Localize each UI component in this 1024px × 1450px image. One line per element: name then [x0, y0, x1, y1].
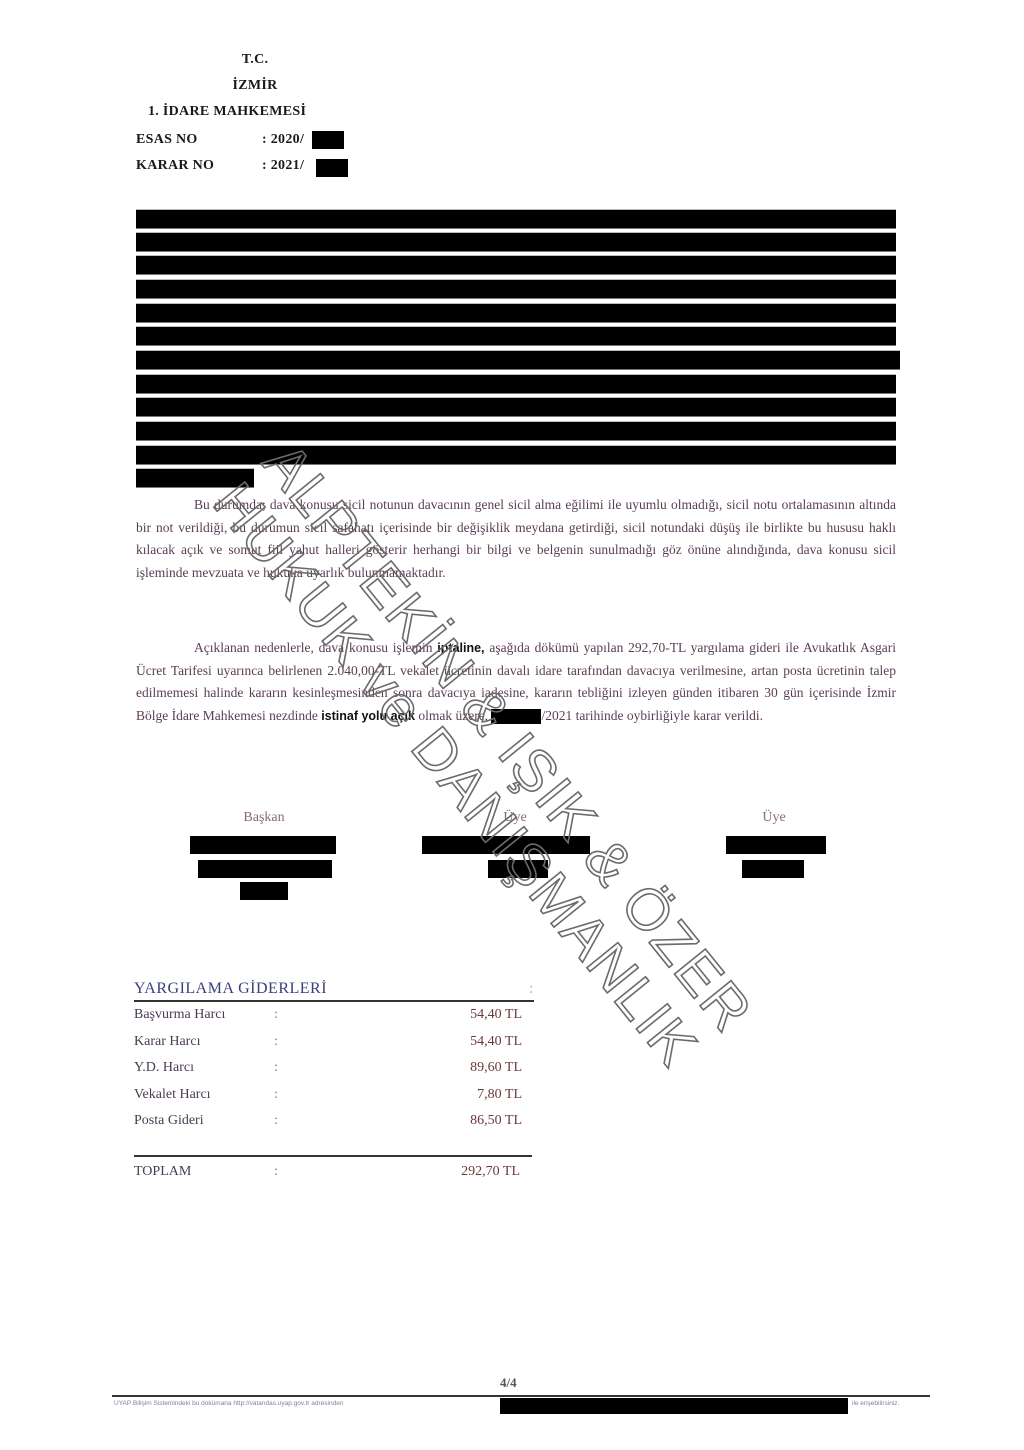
footer-divider	[112, 1395, 930, 1397]
redaction-bar-short	[136, 469, 254, 487]
cost-row: Başvurma Harcı:54,40 TL	[134, 1002, 534, 1029]
costs-title-text: YARGILAMA GİDERLERİ	[134, 980, 327, 998]
signature-redaction	[726, 836, 826, 854]
page-number: 4/4	[500, 1375, 517, 1391]
cost-colon: :	[274, 1007, 334, 1023]
footer-redaction	[500, 1398, 848, 1414]
signature-redaction	[742, 860, 804, 878]
header-country: T.C.	[190, 52, 320, 68]
total-label: TOPLAM	[134, 1164, 274, 1180]
redaction-bar	[136, 398, 896, 416]
cost-label: Karar Harcı	[134, 1034, 274, 1050]
redaction-bar	[136, 280, 896, 298]
signature-title-member-2: Üye	[714, 810, 834, 826]
date-redaction	[491, 709, 541, 724]
cost-label: Y.D. Harcı	[134, 1060, 274, 1076]
signature-title-member-1: Üye	[455, 810, 575, 826]
signature-redaction	[198, 860, 332, 878]
reasoning-text: Bu durumda; dava konusu sicil notunun da…	[136, 497, 896, 580]
cost-row: Karar Harcı:54,40 TL	[134, 1029, 534, 1056]
verdict-annulment: iptaline,	[437, 641, 484, 655]
cost-value: 7,80 TL	[334, 1087, 534, 1103]
esas-label: ESAS NO	[136, 132, 198, 148]
redaction-bar	[136, 327, 896, 345]
signature-redaction	[190, 836, 336, 854]
redaction-bar	[136, 233, 896, 251]
verdict-text-end-b: /2021 tarihinde oybirliğiyle karar veril…	[541, 708, 763, 723]
redaction-bar	[136, 375, 896, 393]
verdict-text-end-a: olmak üzere,	[415, 708, 491, 723]
cost-value: 86,50 TL	[334, 1113, 534, 1129]
signature-title-president: Başkan	[204, 810, 324, 826]
costs-title-colon: :	[529, 980, 534, 998]
reasoning-paragraph: Bu durumda; dava konusu sicil notunun da…	[136, 494, 896, 584]
total-colon: :	[274, 1164, 334, 1180]
karar-value: : 2021/	[262, 158, 304, 174]
karar-label: KARAR NO	[136, 158, 214, 174]
header-court: 1. İDARE MAHKEMESİ	[148, 104, 306, 120]
redaction-bar	[136, 256, 896, 274]
cost-label: Vekalet Harcı	[134, 1087, 274, 1103]
cost-colon: :	[274, 1060, 334, 1076]
redaction-bar	[136, 304, 896, 322]
cost-row: Posta Gideri:86,50 TL	[134, 1108, 534, 1135]
cost-colon: :	[274, 1113, 334, 1129]
signature-redaction	[422, 836, 590, 854]
cost-label: Başvurma Harcı	[134, 1007, 274, 1023]
signature-redaction	[488, 860, 548, 878]
signature-redaction	[240, 882, 288, 900]
esas-redaction	[312, 131, 344, 149]
verdict-paragraph: Açıklanan nedenlerle, dava konusu işlemi…	[136, 637, 896, 727]
cost-rows: Başvurma Harcı:54,40 TLKarar Harcı:54,40…	[134, 1002, 534, 1135]
cost-label: Posta Gideri	[134, 1113, 274, 1129]
verdict-text-start: Açıklanan nedenlerle, dava konusu işlemi…	[194, 640, 437, 655]
cost-row: Vekalet Harcı:7,80 TL	[134, 1082, 534, 1109]
esas-value: : 2020/	[262, 132, 304, 148]
cost-value: 54,40 TL	[334, 1007, 534, 1023]
cost-value: 54,40 TL	[334, 1034, 534, 1050]
karar-redaction	[316, 159, 348, 177]
cost-colon: :	[274, 1087, 334, 1103]
costs-table: YARGILAMA GİDERLERİ : Başvurma Harcı:54,…	[134, 980, 534, 1185]
header-city: İZMİR	[190, 78, 320, 94]
footer-right-text: ile erişebilirsiniz.	[852, 1400, 899, 1407]
redaction-bar	[136, 210, 896, 228]
redaction-bar	[136, 351, 900, 369]
redaction-bar	[136, 446, 896, 464]
cost-row: Y.D. Harcı:89,60 TL	[134, 1055, 534, 1082]
total-value: 292,70 TL	[334, 1164, 532, 1180]
cost-total-row: TOPLAM : 292,70 TL	[134, 1155, 532, 1186]
cost-colon: :	[274, 1034, 334, 1050]
footer-left-text: UYAP Bilişim Sistemindeki bu dokümana ht…	[114, 1400, 343, 1407]
cost-value: 89,60 TL	[334, 1060, 534, 1076]
redaction-bar	[136, 422, 896, 440]
verdict-appeal: istinaf yolu açık	[321, 709, 415, 723]
costs-title: YARGILAMA GİDERLERİ :	[134, 980, 534, 1002]
